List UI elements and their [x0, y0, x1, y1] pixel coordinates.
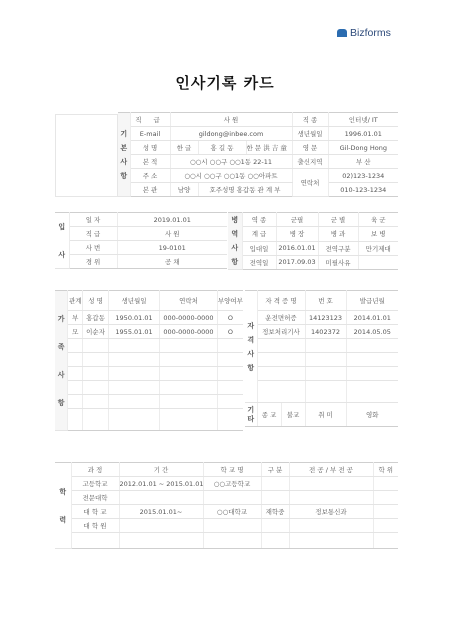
basic-section-label: 기본사항 [118, 113, 130, 197]
family-section-label: 가족사항 [55, 291, 68, 431]
etc-label: 기타 [245, 403, 257, 427]
license-table: 자격사항 자 격 증 명번 호발급년월 운전면허증141231232014.01… [245, 290, 398, 427]
license-section-label: 자격사항 [245, 291, 257, 403]
family-table: 가족사항 관계성 명생년월일연락처부양여부 부홍갑동1950.01.01000-… [55, 290, 243, 431]
bizforms-icon [337, 29, 347, 37]
education-table: 학력 과 정기 간학 교 명구 분전 공 / 부 전 공학 위 고등학교2012… [55, 462, 398, 549]
photo-box [55, 114, 118, 197]
basic-info-table: 기본사항 직 급 사 원 직 종 인터넷/ IT E-mail gildong@… [118, 112, 398, 197]
military-table: 병역사항 역 종군필군 별육 군 계 급병 장병 과보 병 입대일2016.01… [228, 212, 398, 270]
brand-name: Bizforms [350, 27, 391, 39]
head-relation: 호주성명 홍갑동 관 계 부 [198, 183, 292, 197]
education-section-label: 학력 [55, 463, 71, 549]
brand-logo: Bizforms [337, 27, 391, 39]
hire-section-label: 입사 [55, 213, 69, 269]
military-section-label: 병역사항 [228, 213, 242, 270]
hire-table: 입사일 자2019.01.01 직 급사 원 사 번19-0101 경 위공 채 [55, 212, 227, 269]
page-title: 인사기록 카드 [0, 72, 450, 93]
